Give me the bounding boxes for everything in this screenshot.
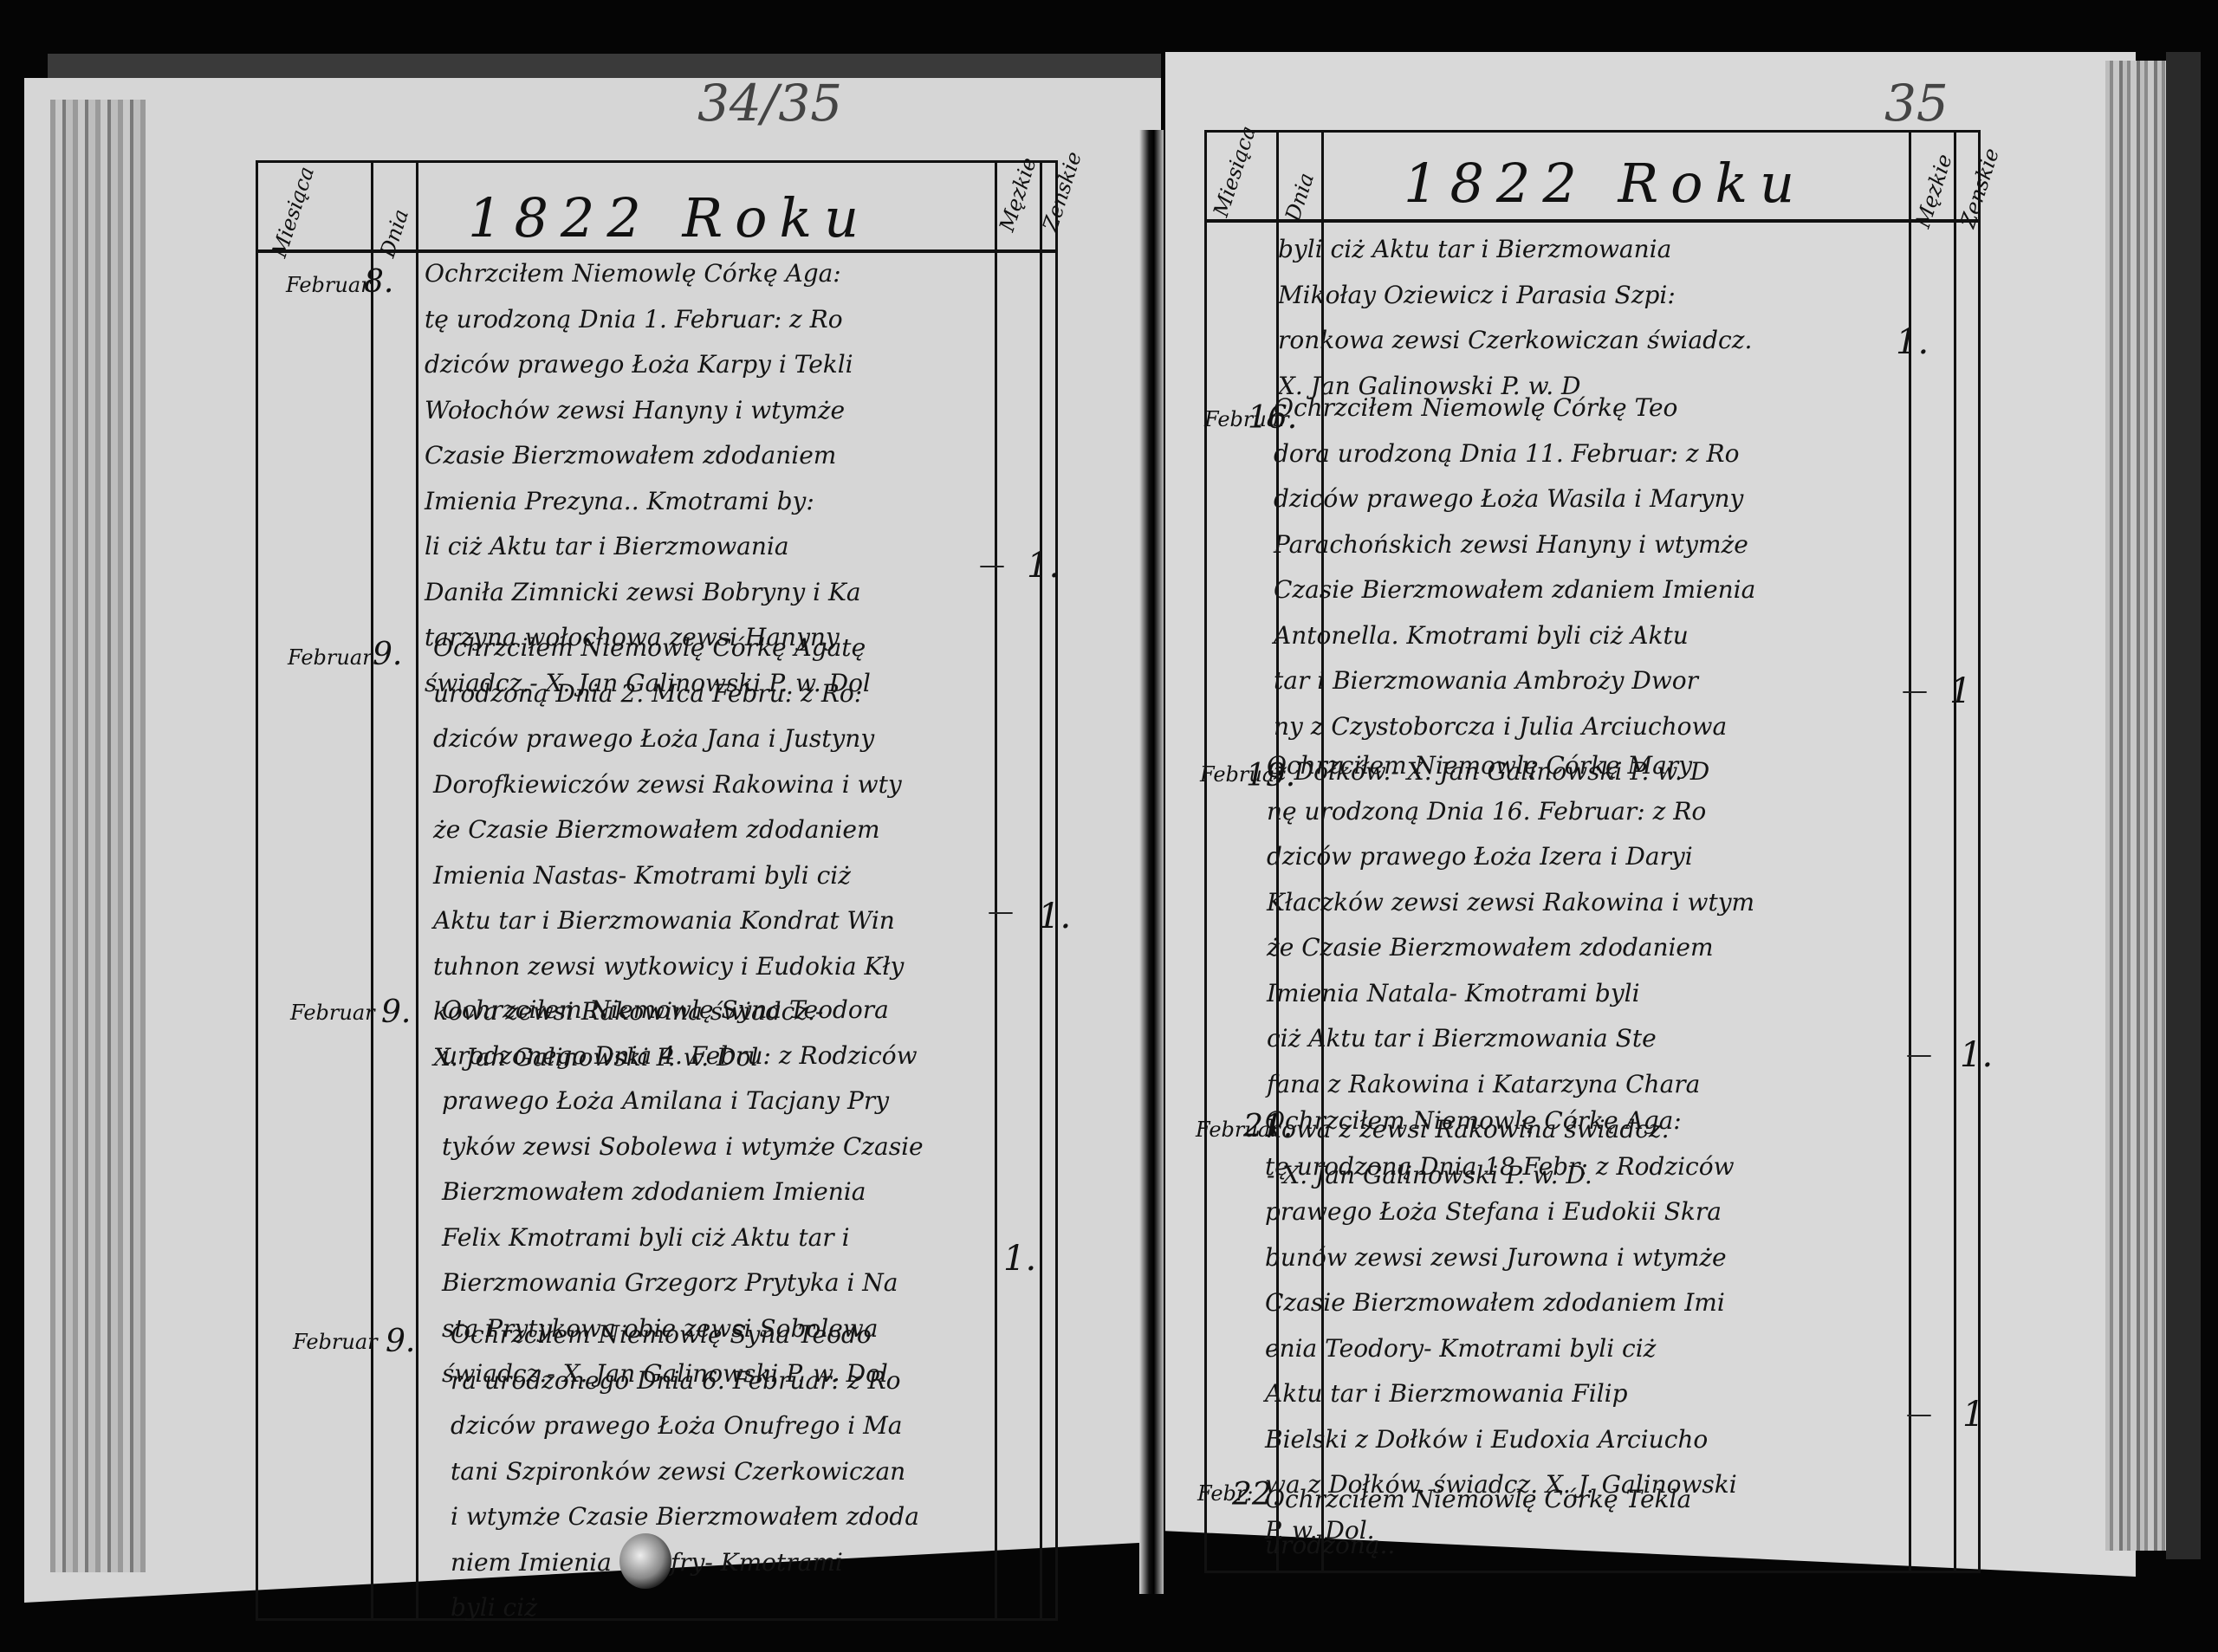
entry-female-count: 1 xyxy=(1949,671,1971,711)
entry-male-count: 1. xyxy=(1003,1239,1036,1279)
left-year-title: 1822 Roku xyxy=(468,186,871,249)
entry-day: 9. xyxy=(386,1324,415,1359)
book-gutter xyxy=(1139,130,1164,1594)
entry-male-count: 1. xyxy=(1896,322,1929,362)
entry-month: Februar xyxy=(293,1330,378,1354)
entry-male-count: — xyxy=(1906,1040,1932,1070)
entry-day: 8. xyxy=(364,264,393,300)
right-folio-number: 35 xyxy=(1884,74,1949,133)
right-year-title: 1822 Roku xyxy=(1404,152,1806,215)
entry-female-count: 1. xyxy=(1038,897,1071,936)
right-cover-edge xyxy=(2166,52,2201,1559)
entry-male-count: — xyxy=(979,550,1005,580)
entry-text: Ochrzciłem Niemowlę Córkę Teo dora urodz… xyxy=(1274,385,1755,795)
entry-day: 9. xyxy=(373,637,402,672)
left-page-edges xyxy=(50,100,146,1572)
entry-text: byli ciż Aktu tar i Bierzmowania Mikołay… xyxy=(1278,227,1752,409)
entry-female-count: 1. xyxy=(1960,1035,1993,1075)
entry-month: Februar xyxy=(286,273,371,297)
entry-female-count: 1 xyxy=(1962,1395,1984,1435)
entry-day: 9. xyxy=(381,994,411,1030)
entry-text: Ochrzciłem Niemowlę Córkę Tekla urodzoną… xyxy=(1265,1477,1691,1568)
entry-month: Februar xyxy=(288,645,373,670)
left-folio-number: 34/35 xyxy=(697,74,842,133)
metal-clasp xyxy=(619,1533,671,1589)
entry-month: Februar xyxy=(290,1001,375,1025)
entry-female-count: 1. xyxy=(1027,546,1060,586)
entry-male-count: — xyxy=(1902,676,1928,706)
entry-male-count: — xyxy=(988,897,1014,927)
entry-text: Ochrzciłem Niemowlę Syna Teodo ra urodzo… xyxy=(451,1312,919,1631)
entry-male-count: — xyxy=(1906,1399,1932,1429)
